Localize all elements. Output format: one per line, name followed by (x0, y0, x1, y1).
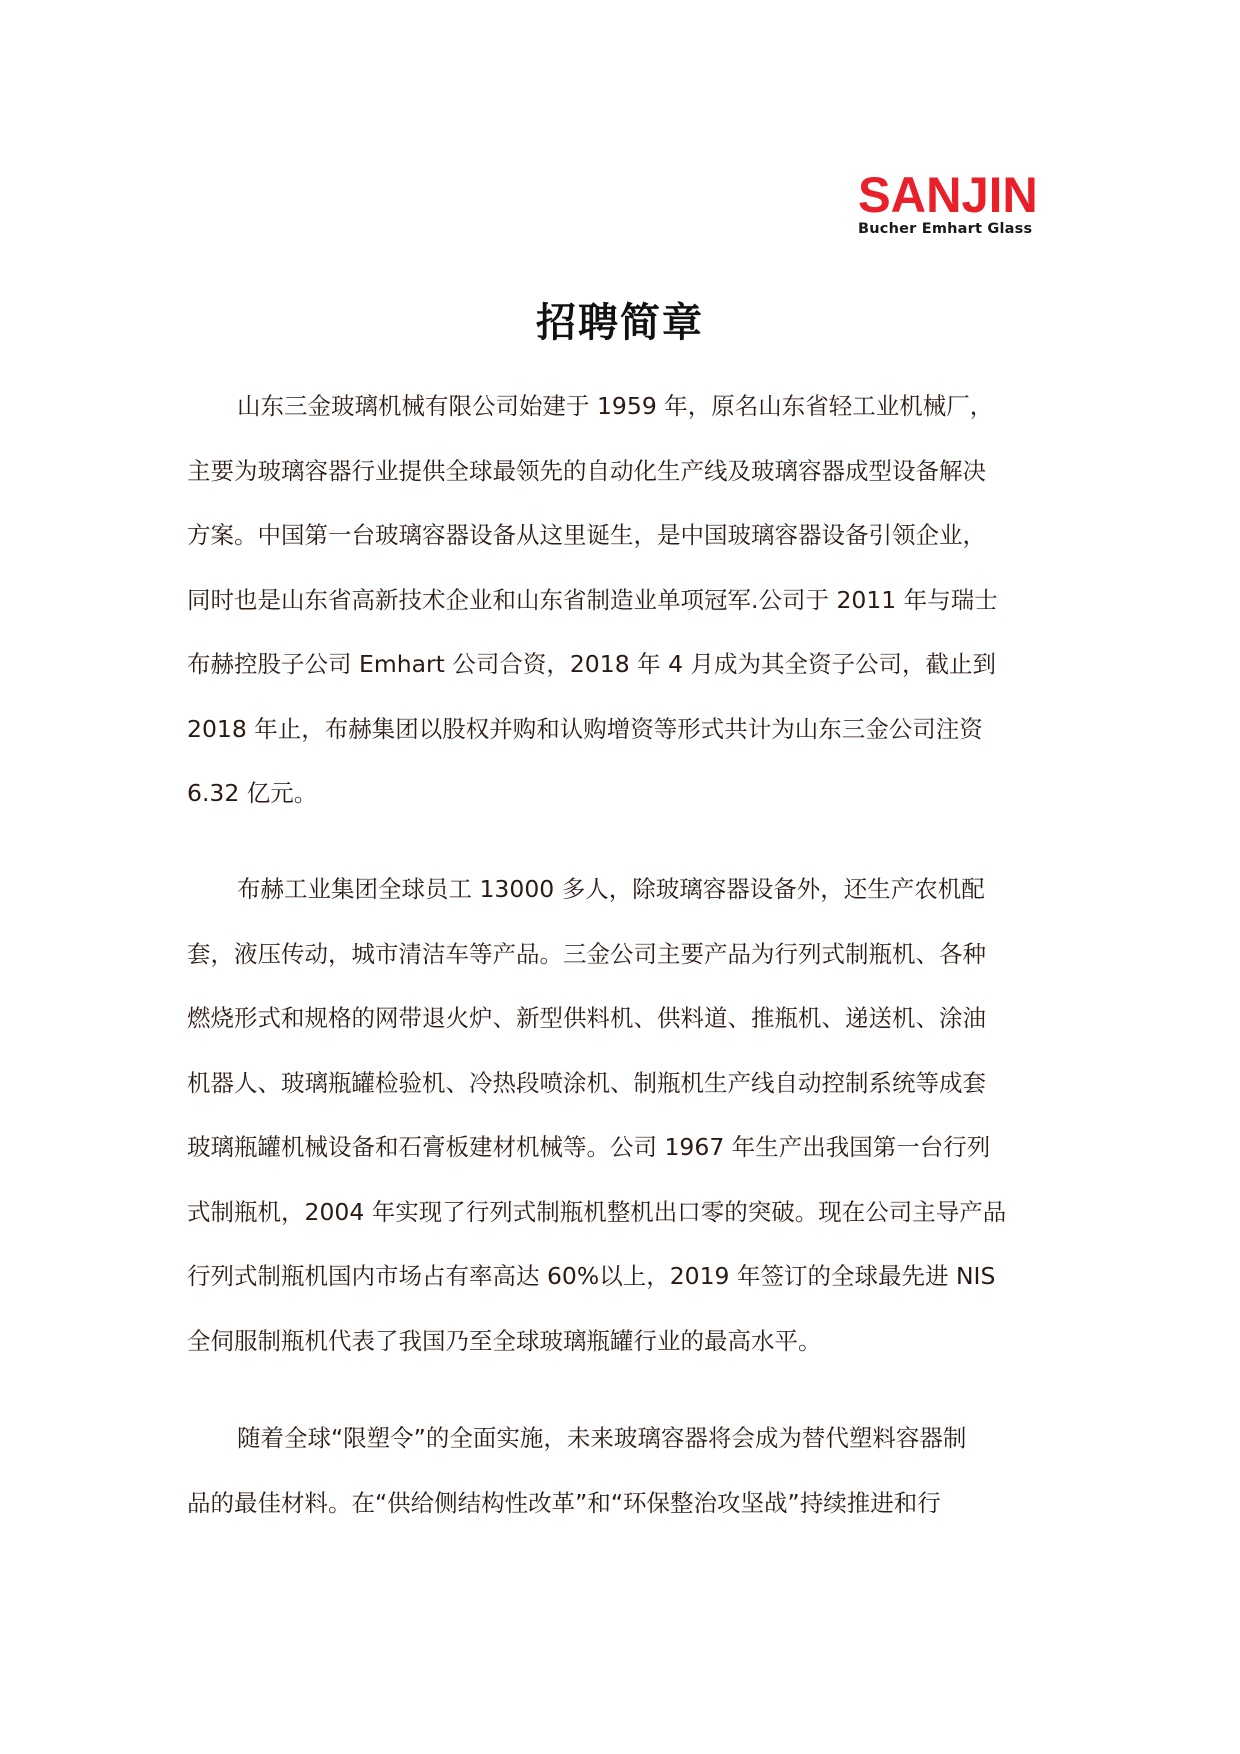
text-line: 山东三金玻璃机械有限公司始建于 1959 年，原名山东省轻工业机械厂， (187, 374, 1057, 439)
text-line: 2018 年止，布赫集团以股权并购和认购增资等形式共计为山东三金公司注资 (187, 697, 1057, 762)
text-line: 玻璃瓶罐机械设备和石膏板建材机械等。公司 1967 年生产出我国第一台行列 (187, 1115, 1057, 1180)
logo-brand: SANJIN (858, 172, 1054, 218)
paragraph-outlook: 随着全球“限塑令”的全面实施，未来玻璃容器将会成为替代塑料容器制 品的最佳材料。… (187, 1406, 1057, 1535)
text-line: 同时也是山东省高新技术企业和山东省制造业单项冠军.公司于 2011 年与瑞士 (187, 568, 1057, 633)
text-line: 随着全球“限塑令”的全面实施，未来玻璃容器将会成为替代塑料容器制 (187, 1406, 1057, 1471)
page-title: 招聘简章 (0, 295, 1240, 351)
text-line: 方案。中国第一台玻璃容器设备从这里诞生，是中国玻璃容器设备引领企业， (187, 503, 1057, 568)
text-line: 行列式制瓶机国内市场占有率高达 60%以上，2019 年签订的全球最先进 NIS (187, 1244, 1057, 1309)
text-line: 式制瓶机，2004 年实现了行列式制瓶机整机出口零的突破。现在公司主导产品 (187, 1180, 1057, 1245)
text-line: 布赫工业集团全球员工 13000 多人，除玻璃容器设备外，还生产农机配 (187, 857, 1057, 922)
text-line: 套，液压传动，城市清洁车等产品。三金公司主要产品为行列式制瓶机、各种 (187, 922, 1057, 987)
text-line: 品的最佳材料。在“供给侧结构性改革”和“环保整治攻坚战”持续推进和行 (187, 1471, 1057, 1536)
paragraph-company-history: 山东三金玻璃机械有限公司始建于 1959 年，原名山东省轻工业机械厂， 主要为玻… (187, 374, 1057, 826)
text-line: 主要为玻璃容器行业提供全球最领先的自动化生产线及玻璃容器成型设备解决 (187, 439, 1057, 504)
text-line: 全伺服制瓶机代表了我国乃至全球玻璃瓶罐行业的最高水平。 (187, 1309, 1057, 1374)
text-line: 布赫控股子公司 Emhart 公司合资，2018 年 4 月成为其全资子公司，截… (187, 632, 1057, 697)
text-line: 6.32 亿元。 (187, 761, 1057, 826)
text-line: 机器人、玻璃瓶罐检验机、冷热段喷涂机、制瓶机生产线自动控制系统等成套 (187, 1051, 1057, 1116)
text-line: 燃烧形式和规格的网带退火炉、新型供料机、供料道、推瓶机、递送机、涂油 (187, 986, 1057, 1051)
sanjin-logo: SANJIN Bucher Emhart Glass (858, 172, 1058, 238)
paragraph-products: 布赫工业集团全球员工 13000 多人，除玻璃容器设备外，还生产农机配 套，液压… (187, 857, 1057, 1373)
